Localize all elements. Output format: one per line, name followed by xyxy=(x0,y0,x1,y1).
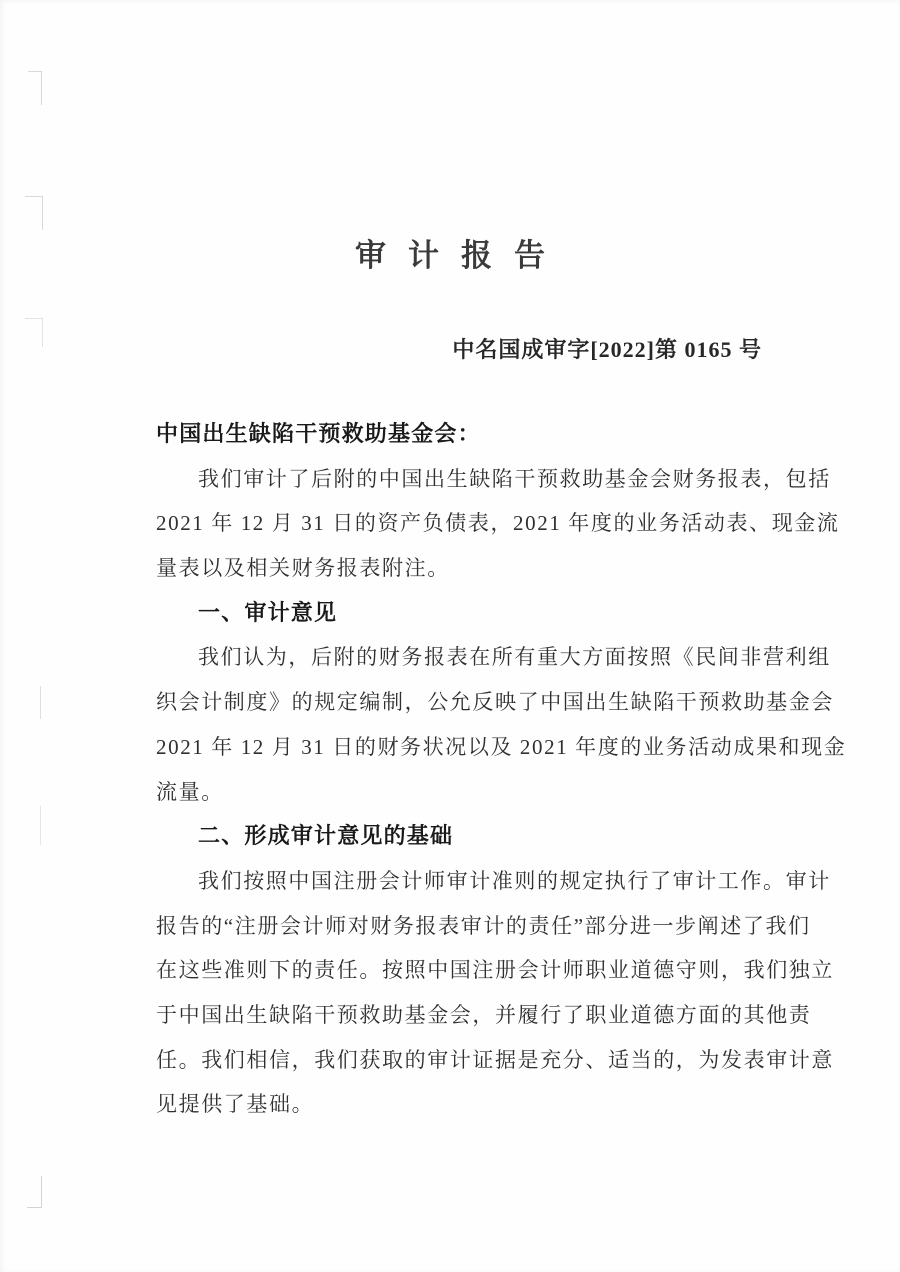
body-line: 织会计制度》的规定编制，公允反映了中国出生缺陷干预救助基金会 xyxy=(156,680,768,725)
body-line: 任。我们相信，我们获取的审计证据是充分、适当的，为发表审计意 xyxy=(156,1038,768,1083)
fold-mark-middle-2 xyxy=(40,806,41,845)
body-line: 流量。 xyxy=(156,770,768,815)
fold-mark-bottom-left xyxy=(27,1176,42,1208)
addressee-heading: 中国出生缺陷干预救助基金会： xyxy=(156,412,768,457)
audit-report-page: 审计报告 中名国成审字[2022]第 0165 号 中国出生缺陷干预救助基金会：… xyxy=(0,0,900,1272)
fold-mark-upper-2 xyxy=(25,318,43,347)
body-line: 报告的“注册会计师对财务报表审计的责任”部分进一步阐述了我们 xyxy=(156,904,768,949)
body-line: 我们认为，后附的财务报表在所有重大方面按照《民间非营利组 xyxy=(156,635,768,680)
fold-mark-upper xyxy=(25,196,43,230)
section-heading-basis-for-opinion: 二、形成审计意见的基础 xyxy=(156,814,768,859)
reference-number: 中名国成审字[2022]第 0165 号 xyxy=(452,333,762,364)
fold-mark-middle xyxy=(40,686,41,719)
body-line: 量表以及相关财务报表附注。 xyxy=(156,546,768,591)
document-body: 中国出生缺陷干预救助基金会： 我们审计了后附的中国出生缺陷干预救助基金会财务报表… xyxy=(156,412,768,1127)
page-title: 审计报告 xyxy=(0,230,900,275)
body-line: 我们按照中国注册会计师审计准则的规定执行了审计工作。审计 xyxy=(156,859,768,904)
section-heading-audit-opinion: 一、审计意见 xyxy=(156,591,768,636)
body-line: 在这些准则下的责任。按照中国注册会计师职业道德守则，我们独立 xyxy=(156,948,768,993)
body-line: 见提供了基础。 xyxy=(156,1082,768,1127)
body-line: 2021 年 12 月 31 日的财务状况以及 2021 年度的业务活动成果和现… xyxy=(156,725,768,770)
fold-mark-top-left xyxy=(28,71,42,105)
body-line: 于中国出生缺陷干预救助基金会，并履行了职业道德方面的其他责 xyxy=(156,993,768,1038)
body-line: 我们审计了后附的中国出生缺陷干预救助基金会财务报表，包括 xyxy=(156,457,768,502)
body-line: 2021 年 12 月 31 日的资产负债表，2021 年度的业务活动表、现金流 xyxy=(156,501,768,546)
